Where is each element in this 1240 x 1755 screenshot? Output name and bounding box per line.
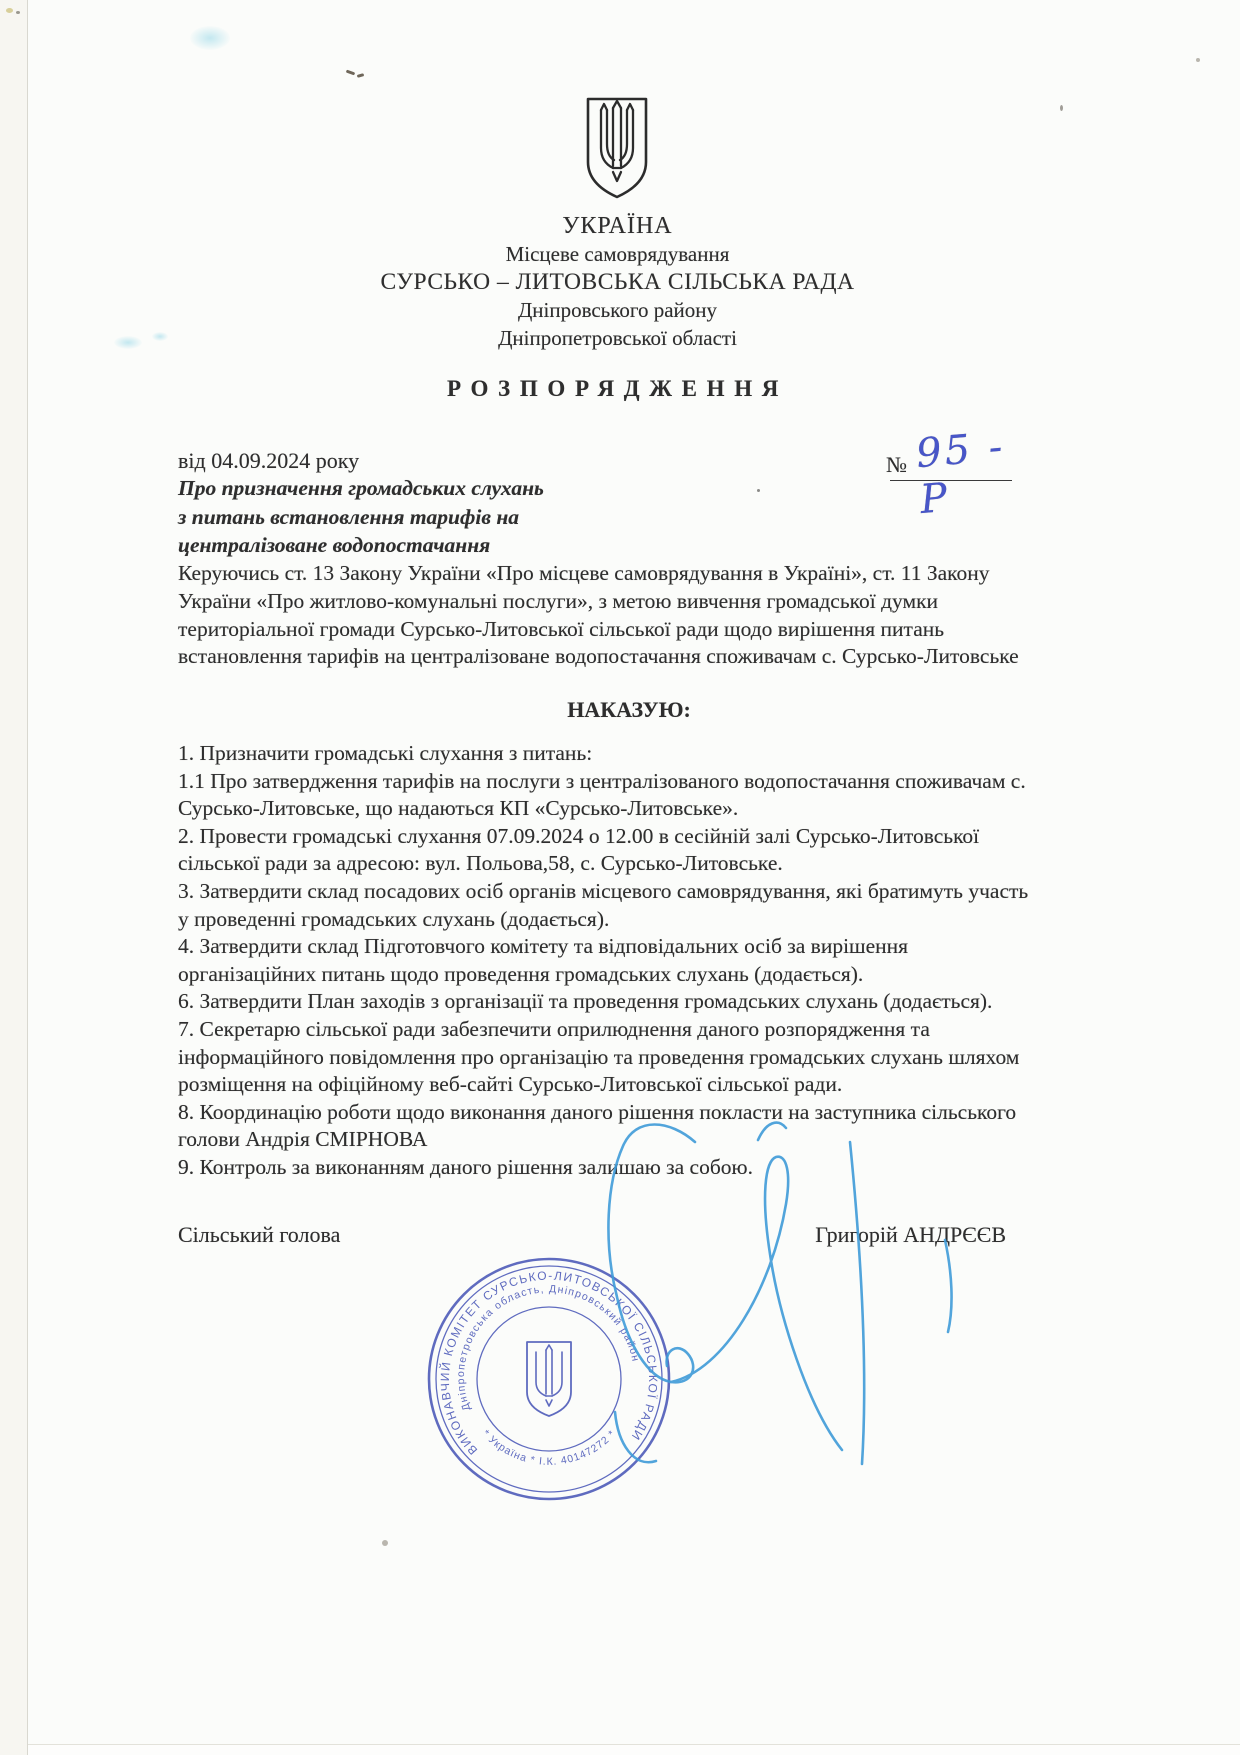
order-heading: НАКАЗУЮ: xyxy=(178,697,1040,723)
order-item: 4. Затвердити склад Підготовчого комітет… xyxy=(178,933,1042,988)
letterhead: УКРАЇНА Місцеве самоврядування СУРСЬКО –… xyxy=(0,212,1235,352)
scan-mark xyxy=(357,73,365,78)
scan-speck xyxy=(1060,105,1063,111)
scan-ink-blot xyxy=(190,26,230,50)
number-sign: № xyxy=(886,452,907,478)
order-item: 6. Затвердити План заходів з організації… xyxy=(178,988,1042,1016)
signer-position: Сільський голова xyxy=(178,1222,340,1248)
subject-line: з питань встановлення тарифів на xyxy=(178,503,878,532)
order-item: 7. Секретарю сільської ради забезпечити … xyxy=(178,1016,1042,1099)
scan-edge-bottom xyxy=(28,1744,1240,1755)
order-item: 1. Призначити громадські слухання з пита… xyxy=(178,740,1042,768)
subject-line: Про призначення громадських слухань xyxy=(178,474,878,503)
governance-line: Місцеве самоврядування xyxy=(0,240,1235,268)
district-line: Дніпровського району xyxy=(0,296,1235,324)
ukraine-trident-emblem xyxy=(584,96,650,207)
scan-speck xyxy=(16,11,20,14)
scan-speck xyxy=(1196,58,1200,62)
country-name: УКРАЇНА xyxy=(0,212,1235,240)
trident-shield-icon xyxy=(584,96,650,202)
region-line: Дніпропетровської області xyxy=(0,324,1235,352)
council-name: СУРСЬКО – ЛИТОВСЬКА СІЛЬСЬКА РАДА xyxy=(0,268,1235,296)
subject-line: централізоване водопостачання xyxy=(178,531,878,560)
order-item: 3. Затвердити склад посадових осіб орган… xyxy=(178,878,1042,933)
subject-block: Про призначення громадських слухань з пи… xyxy=(178,474,878,560)
handwritten-number: 95 - Р xyxy=(914,421,1042,523)
handwritten-signature xyxy=(520,1112,990,1507)
scan-mark xyxy=(346,70,355,76)
meta-row: від 04.09.2024 року № 95 - Р xyxy=(178,448,1038,474)
scan-speck xyxy=(382,1540,388,1546)
signature-strokes-icon xyxy=(520,1112,990,1502)
preamble-paragraph: Керуючись ст. 13 Закону України «Про міс… xyxy=(178,560,1040,671)
scan-speck xyxy=(6,8,13,13)
date-line: від 04.09.2024 року xyxy=(178,448,359,473)
document-type-title: РОЗПОРЯДЖЕННЯ xyxy=(0,376,1235,402)
scanned-document-page: УКРАЇНА Місцеве самоврядування СУРСЬКО –… xyxy=(0,0,1240,1755)
order-item: 1.1 Про затвердження тарифів на послуги … xyxy=(178,768,1042,823)
order-item: 2. Провести громадські слухання 07.09.20… xyxy=(178,823,1042,878)
